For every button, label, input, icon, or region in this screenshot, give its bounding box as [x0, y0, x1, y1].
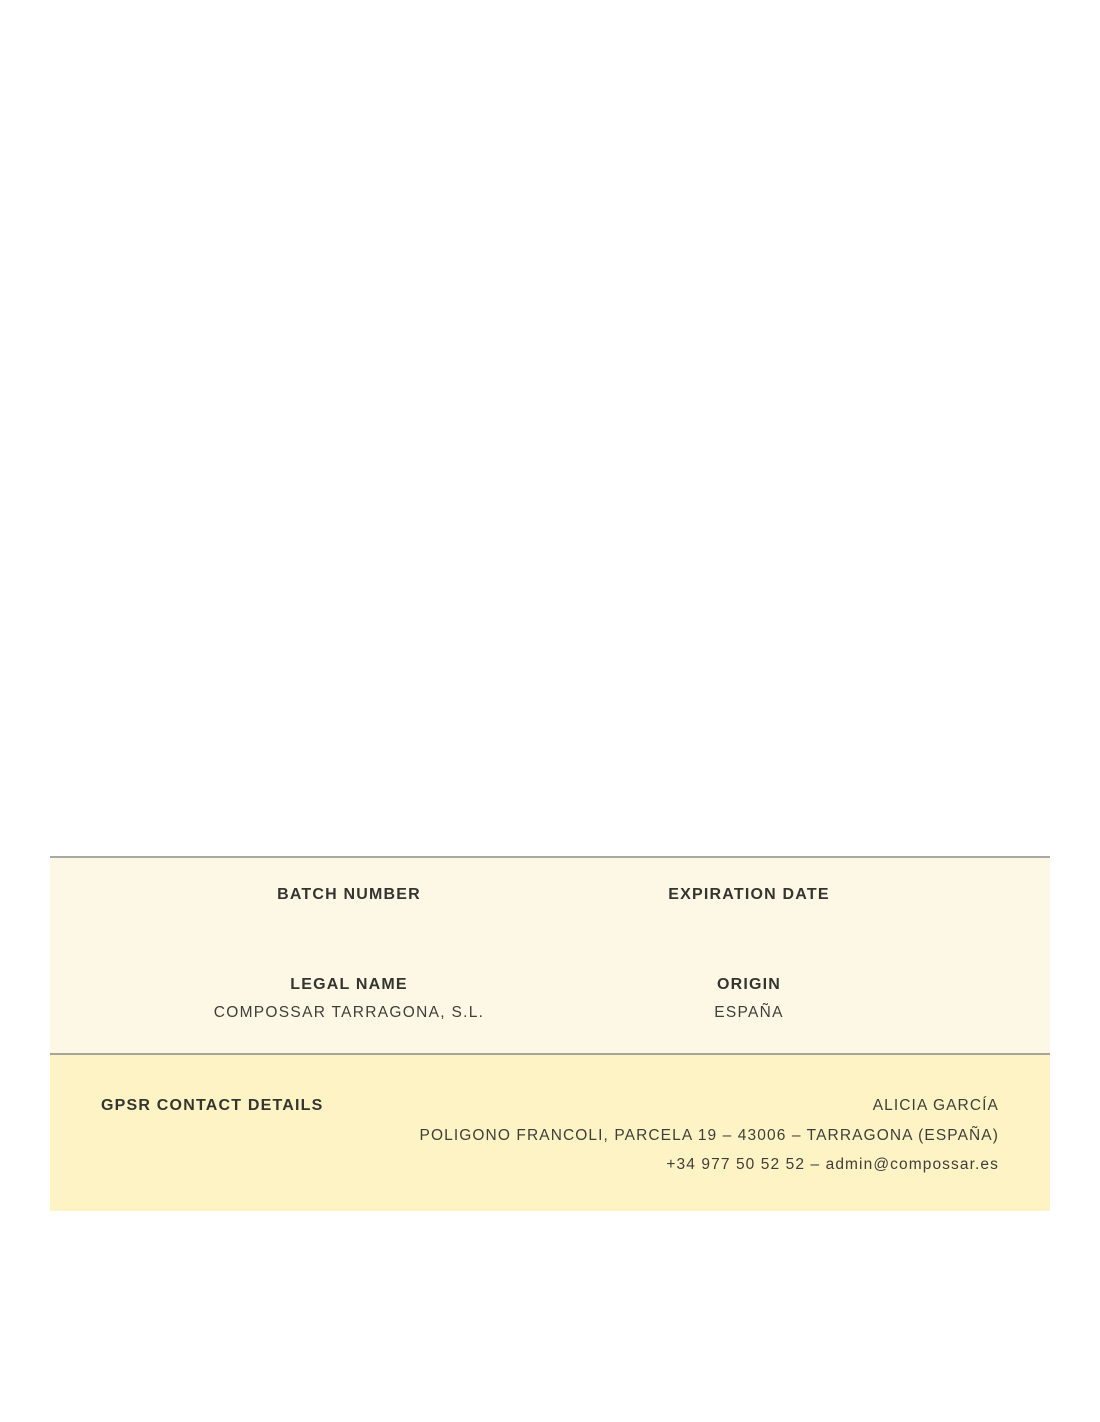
- contact-phone-email: +34 977 50 52 52 – admin@compossar.es: [420, 1151, 1000, 1180]
- batch-number-field: BATCH NUMBER: [149, 885, 549, 913]
- gpsr-contact-panel: GPSR CONTACT DETAILS ALICIA GARCÍA POLIG…: [50, 1053, 1050, 1211]
- expiration-date-label: EXPIRATION DATE: [549, 885, 949, 905]
- contact-name: ALICIA GARCÍA: [420, 1095, 1000, 1117]
- origin-value: ESPAÑA: [549, 1003, 949, 1023]
- gpsr-contact-title: GPSR CONTACT DETAILS: [101, 1096, 324, 1116]
- origin-label: ORIGIN: [549, 975, 949, 995]
- expiration-date-field: EXPIRATION DATE: [549, 885, 949, 913]
- origin-field: ORIGIN ESPAÑA: [549, 975, 949, 1023]
- batch-number-label: BATCH NUMBER: [149, 885, 549, 905]
- legal-name-field: LEGAL NAME COMPOSSAR TARRAGONA, S.L.: [149, 975, 549, 1023]
- contact-address: POLIGONO FRANCOLI, PARCELA 19 – 43006 – …: [420, 1122, 1000, 1151]
- legal-name-label: LEGAL NAME: [149, 975, 549, 995]
- product-info-panel: BATCH NUMBER EXPIRATION DATE LEGAL NAME …: [50, 856, 1050, 1053]
- legal-name-value: COMPOSSAR TARRAGONA, S.L.: [149, 1003, 549, 1023]
- gpsr-contact-details: ALICIA GARCÍA POLIGONO FRANCOLI, PARCELA…: [420, 1095, 1000, 1179]
